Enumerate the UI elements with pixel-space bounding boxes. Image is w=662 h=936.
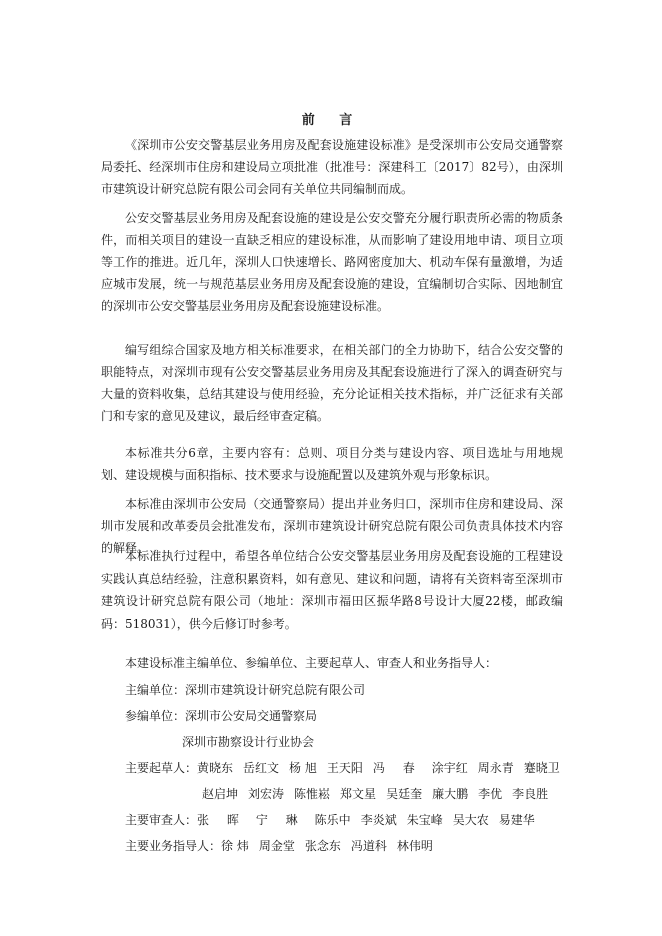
advisor-name: 徐 炜 xyxy=(221,836,249,856)
reviewer-name: 易建华 xyxy=(499,810,535,830)
advisors-label: 主要业务指导人： xyxy=(125,836,221,856)
reviewers-list: 张 晖宁 琳陈乐中李炎斌朱宝峰吴大农易建华 xyxy=(197,810,545,830)
drafters-line-2: 赵启坤刘宏涛陈惟崧郑文星吴廷奎廉大鹏李优李良胜 xyxy=(202,784,558,804)
drafter-name: 李良胜 xyxy=(512,784,548,804)
paragraph-process: 编写组综合国家及地方相关标准要求，在相关部门的全力协助下，结合公安交警的职能特点… xyxy=(101,339,563,427)
drafter-name: 赵启坤 xyxy=(202,784,238,804)
reviewer-name: 陈乐中 xyxy=(315,810,351,830)
drafter-name: 陈惟崧 xyxy=(294,784,330,804)
paragraph-commission: 《深圳市公安交警基层业务用房及配套设施建设标准》是受深圳市公安局交通警察局委托、… xyxy=(101,134,563,200)
drafters-line-1: 黄晓东岳红文杨 旭王天阳冯 春涂宇红周永青蹇晓卫 xyxy=(197,758,570,778)
drafter-name: 王天阳 xyxy=(327,758,363,778)
reviewer-name: 吴大农 xyxy=(453,810,489,830)
reviewer-name: 张 晖 xyxy=(197,810,246,830)
reviewers-row: 主要审查人： 张 晖宁 琳陈乐中李炎斌朱宝峰吴大农易建华 xyxy=(125,810,545,830)
page-title: 前 言 xyxy=(101,109,563,128)
advisor-name: 林伟明 xyxy=(397,836,433,856)
participating-row-2: 深圳市勘察设计行业协会 xyxy=(182,732,314,752)
paragraph-background: 公安交警基层业务用房及配套设施的建设是公安交警充分履行职责所必需的物质条件，而相… xyxy=(101,207,563,317)
advisor-name: 冯道科 xyxy=(351,836,387,856)
drafter-name: 黄晓东 xyxy=(197,758,233,778)
drafter-name: 廉大鹏 xyxy=(432,784,468,804)
chief-editor-label: 主编单位： xyxy=(125,680,185,700)
drafters-row: 主要起草人： 黄晓东岳红文杨 旭王天阳冯 春涂宇红周永青蹇晓卫 xyxy=(125,758,570,778)
advisors-row: 主要业务指导人： 徐 炜周金堂张念东冯道科林伟明 xyxy=(125,836,443,856)
drafter-name: 吴廷奎 xyxy=(386,784,422,804)
credits-intro: 本建设标准主编单位、参编单位、主要起草人、审查人和业务指导人： xyxy=(125,654,497,671)
participating-row: 参编单位：深圳市公安局交通警察局 xyxy=(125,706,317,726)
drafters-row-2: 赵启坤刘宏涛陈惟崧郑文星吴廷奎廉大鹏李优李良胜 xyxy=(202,784,558,804)
drafter-name: 刘宏涛 xyxy=(248,784,284,804)
reviewer-name: 李炎斌 xyxy=(361,810,397,830)
participating-label: 参编单位： xyxy=(125,706,185,726)
reviewer-name: 朱宝峰 xyxy=(407,810,443,830)
drafter-name: 杨 旭 xyxy=(289,758,317,778)
chief-editor-value: 深圳市建筑设计研究总院有限公司 xyxy=(185,680,365,700)
advisor-name: 周金堂 xyxy=(259,836,295,856)
chief-editor-row: 主编单位：深圳市建筑设计研究总院有限公司 xyxy=(125,680,365,700)
drafter-name: 李优 xyxy=(478,784,502,804)
drafter-name: 郑文星 xyxy=(340,784,376,804)
advisors-list: 徐 炜周金堂张念东冯道科林伟明 xyxy=(221,836,443,856)
reviewers-label: 主要审查人： xyxy=(125,810,197,830)
drafter-name: 岳红文 xyxy=(243,758,279,778)
drafters-label: 主要起草人： xyxy=(125,758,197,778)
reviewer-name: 宁 琳 xyxy=(256,810,305,830)
paragraph-feedback: 本标准执行过程中，希望各单位结合公安交警基层业务用房及配套设施的工程建设实践认真… xyxy=(101,545,563,635)
drafter-name: 蹇晓卫 xyxy=(524,758,560,778)
drafter-name: 冯 春 xyxy=(373,758,422,778)
participating-value-2: 深圳市勘察设计行业协会 xyxy=(182,732,314,752)
drafter-name: 周永青 xyxy=(478,758,514,778)
paragraph-contents: 本标准共分6章，主要内容有：总则、项目分类与建设内容、项目选址与用地规划、建设规… xyxy=(101,442,563,486)
advisor-name: 张念东 xyxy=(305,836,341,856)
participating-value-1: 深圳市公安局交通警察局 xyxy=(185,706,317,726)
drafter-name: 涂宇红 xyxy=(432,758,468,778)
